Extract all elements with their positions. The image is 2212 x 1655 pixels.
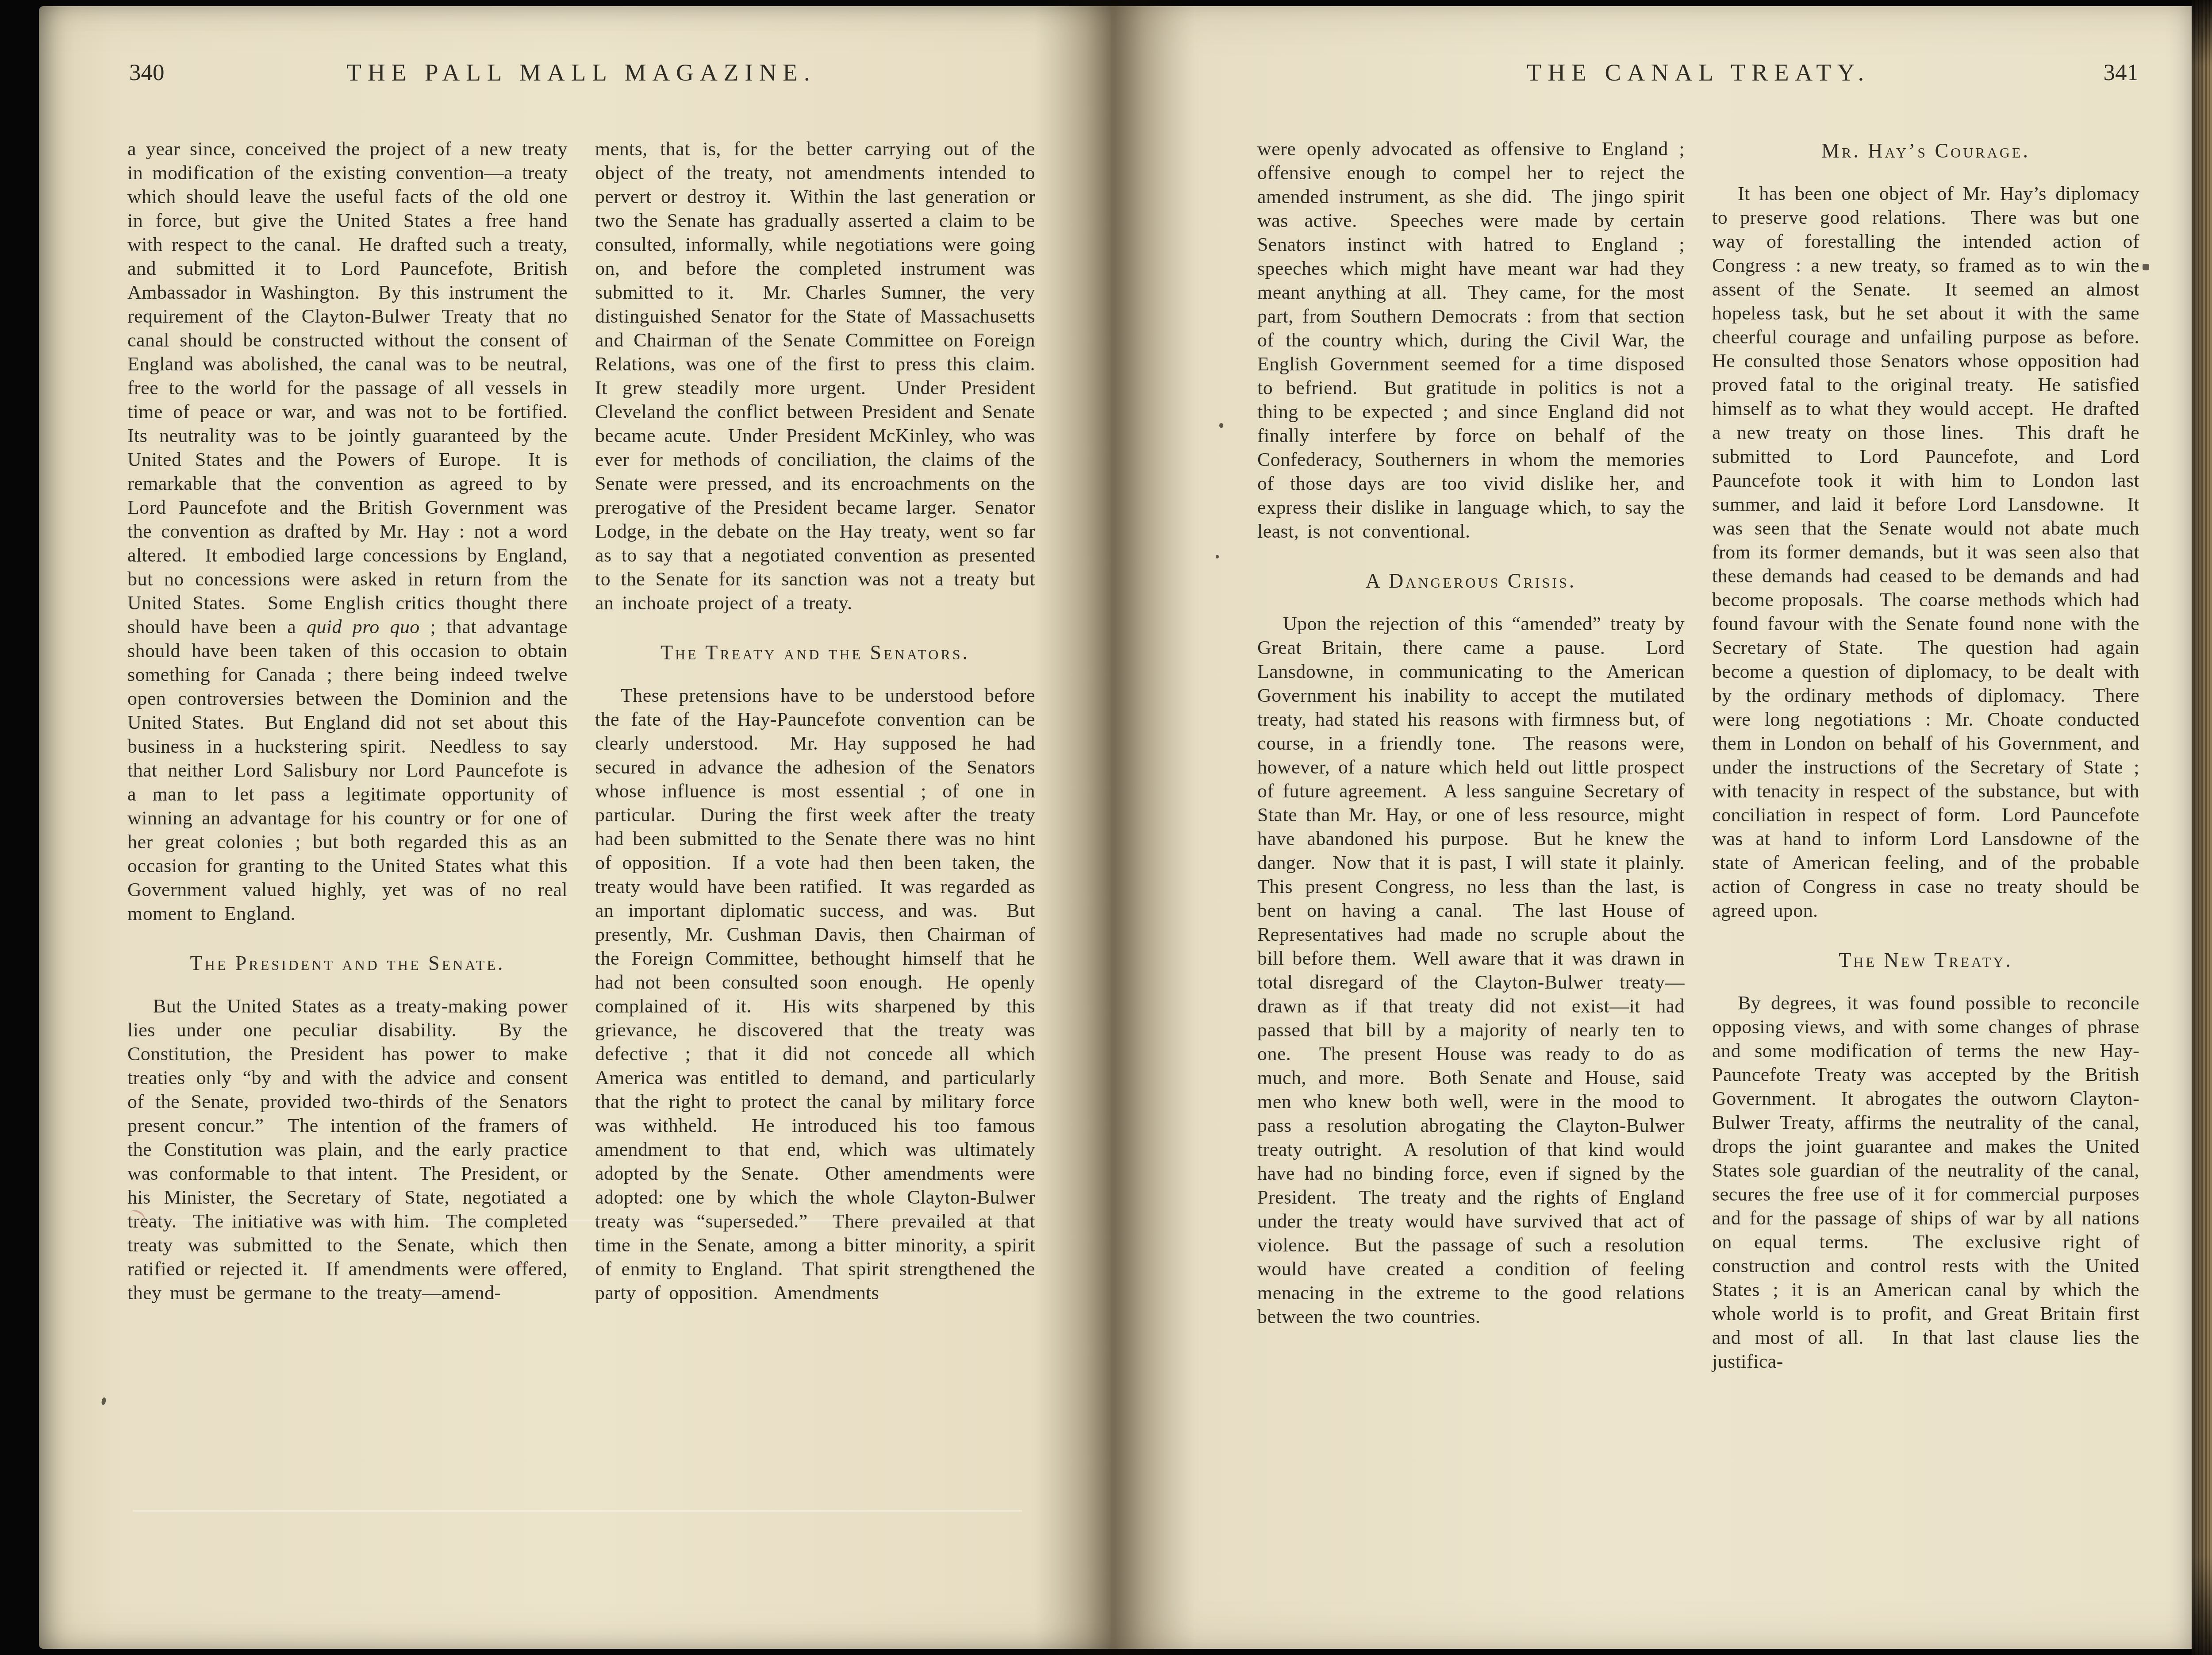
paragraph: were openly advocated as offensive to En… bbox=[1257, 137, 1685, 543]
paragraph: But the United States as a treaty-making… bbox=[127, 994, 568, 1305]
paragraph: It has been one object of Mr. Hay’s dipl… bbox=[1712, 182, 2139, 923]
paragraph-text: ; that advantage should have been taken … bbox=[127, 616, 576, 924]
book-fore-edge bbox=[2192, 0, 2212, 1655]
section-heading: The New Treaty. bbox=[1712, 948, 2139, 972]
paragraph: a year since, conceived the project of a… bbox=[127, 137, 568, 926]
section-heading: Mr. Hay’s Courage. bbox=[1712, 139, 2139, 162]
paper-speck bbox=[1219, 423, 1223, 428]
running-header: THE PALL MALL MAGAZINE. bbox=[127, 58, 1035, 86]
section-heading: The President and the Senate. bbox=[127, 951, 568, 975]
paper-speck bbox=[1216, 555, 1219, 558]
paragraph-text: a year since, conceived the project of a… bbox=[127, 138, 584, 638]
page-number: 341 bbox=[2104, 59, 2139, 86]
text-column-2: ments, that is, for the better carrying … bbox=[595, 137, 1035, 1305]
page-right: THE CANAL TREATY. 341 were openly advoca… bbox=[1111, 6, 2192, 1649]
paragraph: By degrees, it was found possible to rec… bbox=[1712, 991, 2139, 1374]
column-container: a year since, conceived the project of a… bbox=[127, 137, 1035, 1305]
book-spread-scan: 340 THE PALL MALL MAGAZINE. a year since… bbox=[0, 0, 2212, 1655]
section-heading: A Dangerous Crisis. bbox=[1257, 569, 1685, 593]
section-heading: The Treaty and the Senators. bbox=[595, 641, 1035, 664]
page-header-right: THE CANAL TREATY. 341 bbox=[1257, 58, 2139, 96]
page-left: 340 THE PALL MALL MAGAZINE. a year since… bbox=[39, 6, 1111, 1649]
paragraph: Upon the rejection of this “amended” tre… bbox=[1257, 612, 1685, 1329]
page-header-left: 340 THE PALL MALL MAGAZINE. bbox=[127, 58, 1035, 96]
column-container: were openly advocated as offensive to En… bbox=[1257, 137, 2139, 1374]
paragraph: These pretensions have to be understood … bbox=[595, 684, 1035, 1305]
text-column-1: a year since, conceived the project of a… bbox=[127, 137, 568, 1305]
paper-speck bbox=[2143, 264, 2149, 270]
text-column-3: were openly advocated as offensive to En… bbox=[1257, 137, 1685, 1374]
page-number: 340 bbox=[129, 59, 165, 86]
italic-phrase: quid pro quo bbox=[307, 616, 420, 638]
running-header: THE CANAL TREATY. bbox=[1257, 58, 2139, 86]
text-column-4: Mr. Hay’s Courage. It has been one objec… bbox=[1712, 137, 2139, 1374]
paragraph: ments, that is, for the better carrying … bbox=[595, 137, 1035, 615]
